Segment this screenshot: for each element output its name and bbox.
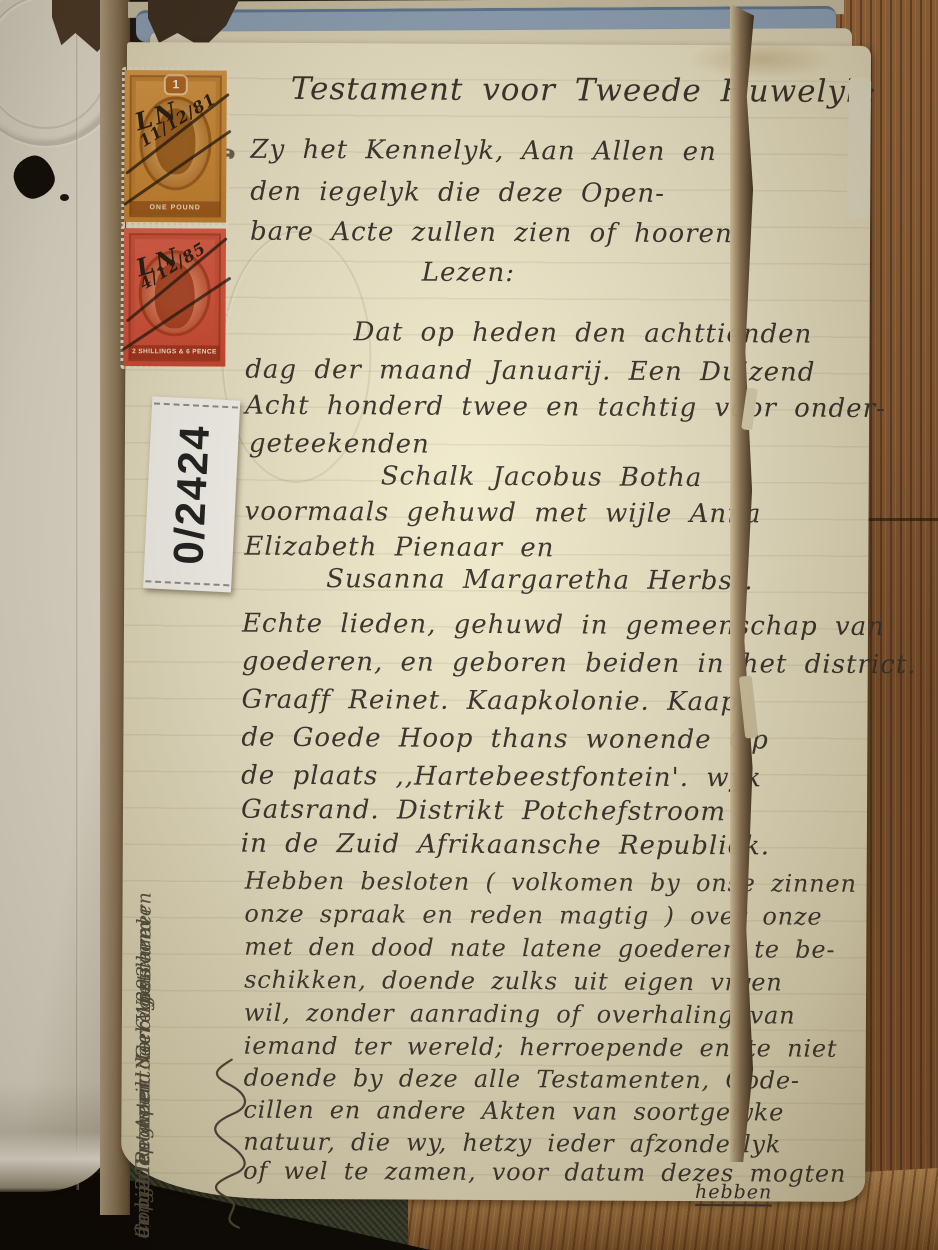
margin-line: in het Register deel 1883 xyxy=(132,965,156,1238)
text-line: Echte lieden, gehuwd in gemeenschap van xyxy=(242,609,885,642)
label-perforation-top xyxy=(154,402,238,408)
text-line: doende by deze alle Testamenten, Code- xyxy=(244,1064,800,1095)
text-line: Hebben besloten ( volkomen by onse zinne… xyxy=(245,867,857,898)
text-line: voormaals gehuwd met wijle Anna xyxy=(244,497,761,530)
text-line: goederen, en geboren beiden in het distr… xyxy=(242,647,917,681)
text-line: de Goede Hoop thans wonende Op xyxy=(241,723,769,756)
testator-name: Schalk Jacobus Botha xyxy=(381,461,703,493)
torn-hole xyxy=(9,152,59,203)
underlying-white-sheet xyxy=(0,0,108,1190)
paper-crease xyxy=(76,0,79,1190)
text-line: Gatsrand. Distrikt Potchefstroom xyxy=(241,795,726,828)
text-line: geteekenden xyxy=(249,429,430,460)
stamp-denomination: 2 SHILLINGS & 6 PENCE xyxy=(129,345,219,359)
text-line: Zy het Kennelyk, Aan Allen en xyxy=(250,135,717,167)
text-line: den iegelyk die deze Open- xyxy=(250,177,665,209)
two-shillings-sixpence-revenue-stamp: 2 SHILLINGS & 6 PENCE LN 4/12/85 xyxy=(123,228,226,367)
text-line: Lezen: xyxy=(422,258,515,288)
archive-label: 0/2424 xyxy=(143,396,240,592)
document-title: Testament voor Tweede Huwelyk: xyxy=(291,71,878,110)
text-line: bare Acte zullen zien of hooren xyxy=(250,217,733,250)
registrar-signature-icon xyxy=(209,1054,250,1234)
catchword: hebben xyxy=(695,1181,772,1206)
pale-page-corner xyxy=(847,78,871,218)
text-line: cillen en andere Akten van soortgelyke xyxy=(243,1096,784,1127)
one-pound-revenue-stamp: 1 ONE POUND LN 11/12/81 xyxy=(124,70,227,223)
testament-page: Testament voor Tweede Huwelyk: Zy het Ke… xyxy=(121,42,871,1202)
text-line: schikken, doende zulks uit eigen vryen xyxy=(244,966,783,997)
text-line: in de Zuid Afrikaansche Republiek. xyxy=(241,829,770,862)
text-line: Graaff Reinet. Kaapkolonie. Kaap. xyxy=(242,685,748,718)
text-line: Elizabeth Pienaar en xyxy=(244,532,554,564)
photo-of-testament-document: Testament voor Tweede Huwelyk: Zy het Ke… xyxy=(0,0,938,1250)
stamp-denomination: ONE POUND xyxy=(130,201,220,215)
label-perforation-bottom xyxy=(145,580,229,586)
text-line: natuur, die wy, hetzy ieder afzonderlyk xyxy=(243,1128,781,1159)
ink-speck xyxy=(60,194,69,201)
text-line: Acht honderd twee en tachtig voor onder- xyxy=(245,391,886,424)
text-line: dag der maand Januarij. Een Duizend xyxy=(245,355,815,388)
testatrix-name: Susanna Margaretha Herbst. xyxy=(326,564,753,596)
text-line: wil, zonder aanrading of overhaling van xyxy=(244,999,796,1030)
archive-number: 0/2424 xyxy=(164,423,219,566)
stamp-numeral: 1 xyxy=(166,76,186,93)
text-line: de plaats ,,Hartebeestfontein'. wyk xyxy=(241,761,762,794)
